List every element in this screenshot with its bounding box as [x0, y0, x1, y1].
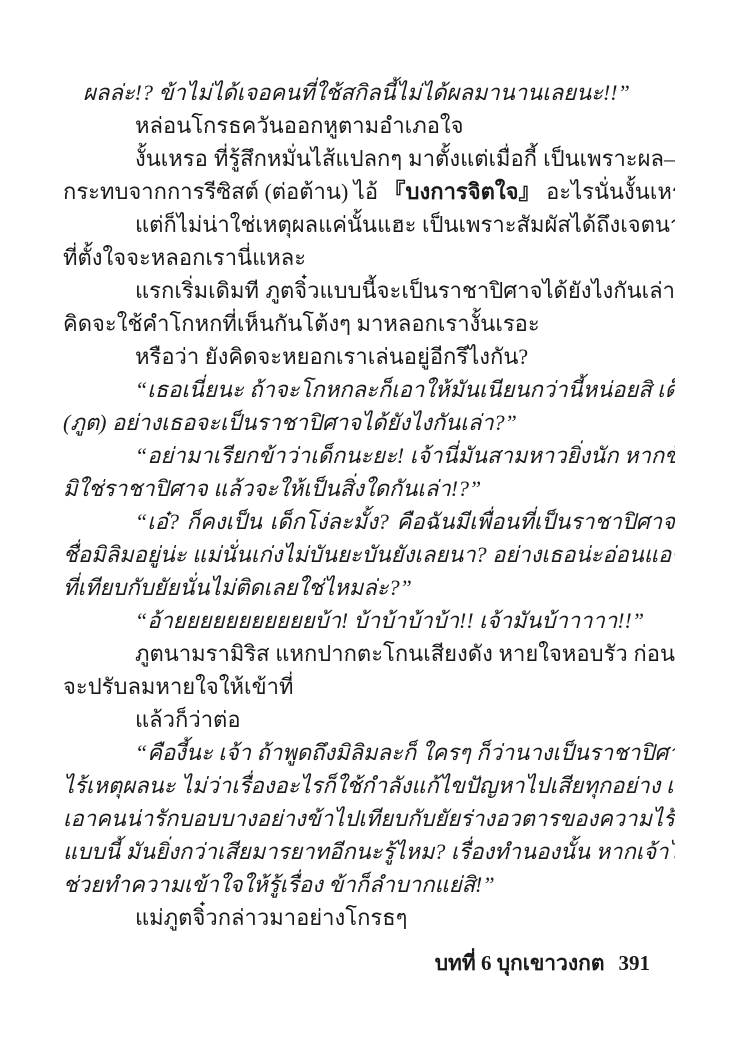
text-line: เอาคนน่ารักบอบบางอย่างข้าไปเทียบกับยัยร่…	[63, 802, 675, 835]
page-number: 391	[619, 951, 651, 975]
text-segment: อะไรนั่นงั้นเหรอ	[541, 179, 675, 204]
text-line: “อ้ายยยยยยยยยยยบ้า! บ้าบ้าบ้าบ้า!! เจ้าม…	[63, 604, 675, 637]
text-line: กระทบจากการรีซิสต์ (ต่อต้าน) ไอ้ 『บงการจ…	[63, 175, 675, 208]
text-line: แรกเริ่มเดิมที ภูตจิ๋วแบบนี้จะเป็นราชาปิ…	[63, 274, 675, 307]
text-line: ที่เทียบกับยัยนั่นไม่ติดเลยใช่ไหมล่ะ?”	[63, 571, 675, 604]
text-line: แบบนี้ มันยิ่งกว่าเสียมารยาทอีกนะรู้ไหม?…	[63, 835, 675, 868]
page-text: ผลล่ะ!? ข้าไม่ได้เจอคนที่ใช้สกิลนี้ไม่ได…	[63, 76, 675, 934]
text-line: แล้วก็ว่าต่อ	[63, 703, 675, 736]
text-line: ชื่อมิลิมอยู่น่ะ แม่นั่นเก่งไม่บันยะบันย…	[63, 538, 675, 571]
text-line: ภูตนามรามิริส แหกปากตะโกนเสียงดัง หายใจห…	[63, 637, 675, 670]
text-line: (ภูต) อย่างเธอจะเป็นราชาปิศาจได้ยังไงกัน…	[63, 406, 675, 439]
text-line: หล่อนโกรธควันออกหูตามอำเภอใจ	[63, 109, 675, 142]
text-line: ที่ตั้งใจจะหลอกเรานี่แหละ	[63, 241, 675, 274]
text-segment: กระทบจากการรีซิสต์ (ต่อต้าน) ไอ้	[63, 179, 384, 204]
chapter-title: บทที่ 6 บุกเขาวงกต	[435, 951, 605, 975]
text-line: มิใช่ราชาปิศาจ แล้วจะให้เป็นสิ่งใดกันเล่…	[63, 472, 675, 505]
text-line: แต่ก็ไม่น่าใช่เหตุผลแค่นั้นแฮะ เป็นเพราะ…	[63, 208, 675, 241]
text-line: ช่วยทำความเข้าใจให้รู้เรื่อง ข้าก็ลำบากแ…	[63, 868, 675, 901]
text-line: หรือว่า ยังคิดจะหยอกเราเล่นอยู่อีกรึไงกั…	[63, 340, 675, 373]
text-line: “เธอเนี่ยนะ ถ้าจะโกหกละก็เอาให้มันเนียนก…	[63, 373, 675, 406]
text-line: “คืองี้นะ เจ้า ถ้าพูดถึงมิลิมละก็ ใครๆ ก…	[63, 736, 675, 769]
text-line: แม่ภูตจิ๋วกล่าวมาอย่างโกรธๆ	[63, 901, 675, 934]
text-line: ผลล่ะ!? ข้าไม่ได้เจอคนที่ใช้สกิลนี้ไม่ได…	[63, 76, 675, 109]
text-line: จะปรับลมหายใจให้เข้าที่	[63, 670, 675, 703]
text-line: “อย่ามาเรียกข้าว่าเด็กนะยะ! เจ้านี่มันสา…	[63, 439, 675, 472]
text-line: งั้นเหรอ ที่รู้สึกหมั่นไส้แปลกๆ มาตั้งแต…	[63, 142, 675, 175]
text-line: คิดจะใช้คำโกหกที่เห็นกันโต้งๆ มาหลอกเราง…	[63, 307, 675, 340]
page-footer: บทที่ 6 บุกเขาวงกต391	[435, 948, 650, 978]
skill-name-emphasis: 『บงการจิตใจ』	[384, 179, 541, 204]
book-page: ผลล่ะ!? ข้าไม่ได้เจอคนที่ใช้สกิลนี้ไม่ได…	[0, 0, 738, 1051]
text-line: ไร้เหตุผลนะ ไม่ว่าเรื่องอะไรก็ใช้กำลังแก…	[63, 769, 675, 802]
text-line: “เอ๋? ก็คงเป็น เด็กโง่ละมั้ง? คือฉันมีเพ…	[63, 505, 675, 538]
